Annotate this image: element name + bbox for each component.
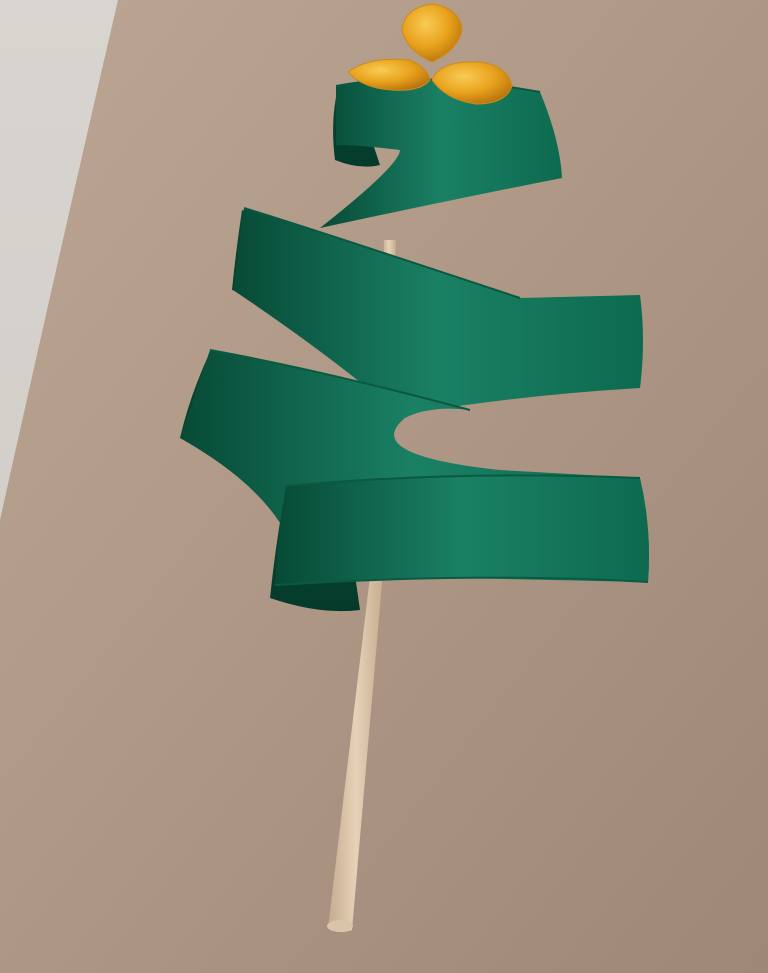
- ribbon-tree-photo: [0, 0, 768, 973]
- photo-scene: [0, 0, 768, 973]
- ribbon-tier-4: [275, 475, 649, 585]
